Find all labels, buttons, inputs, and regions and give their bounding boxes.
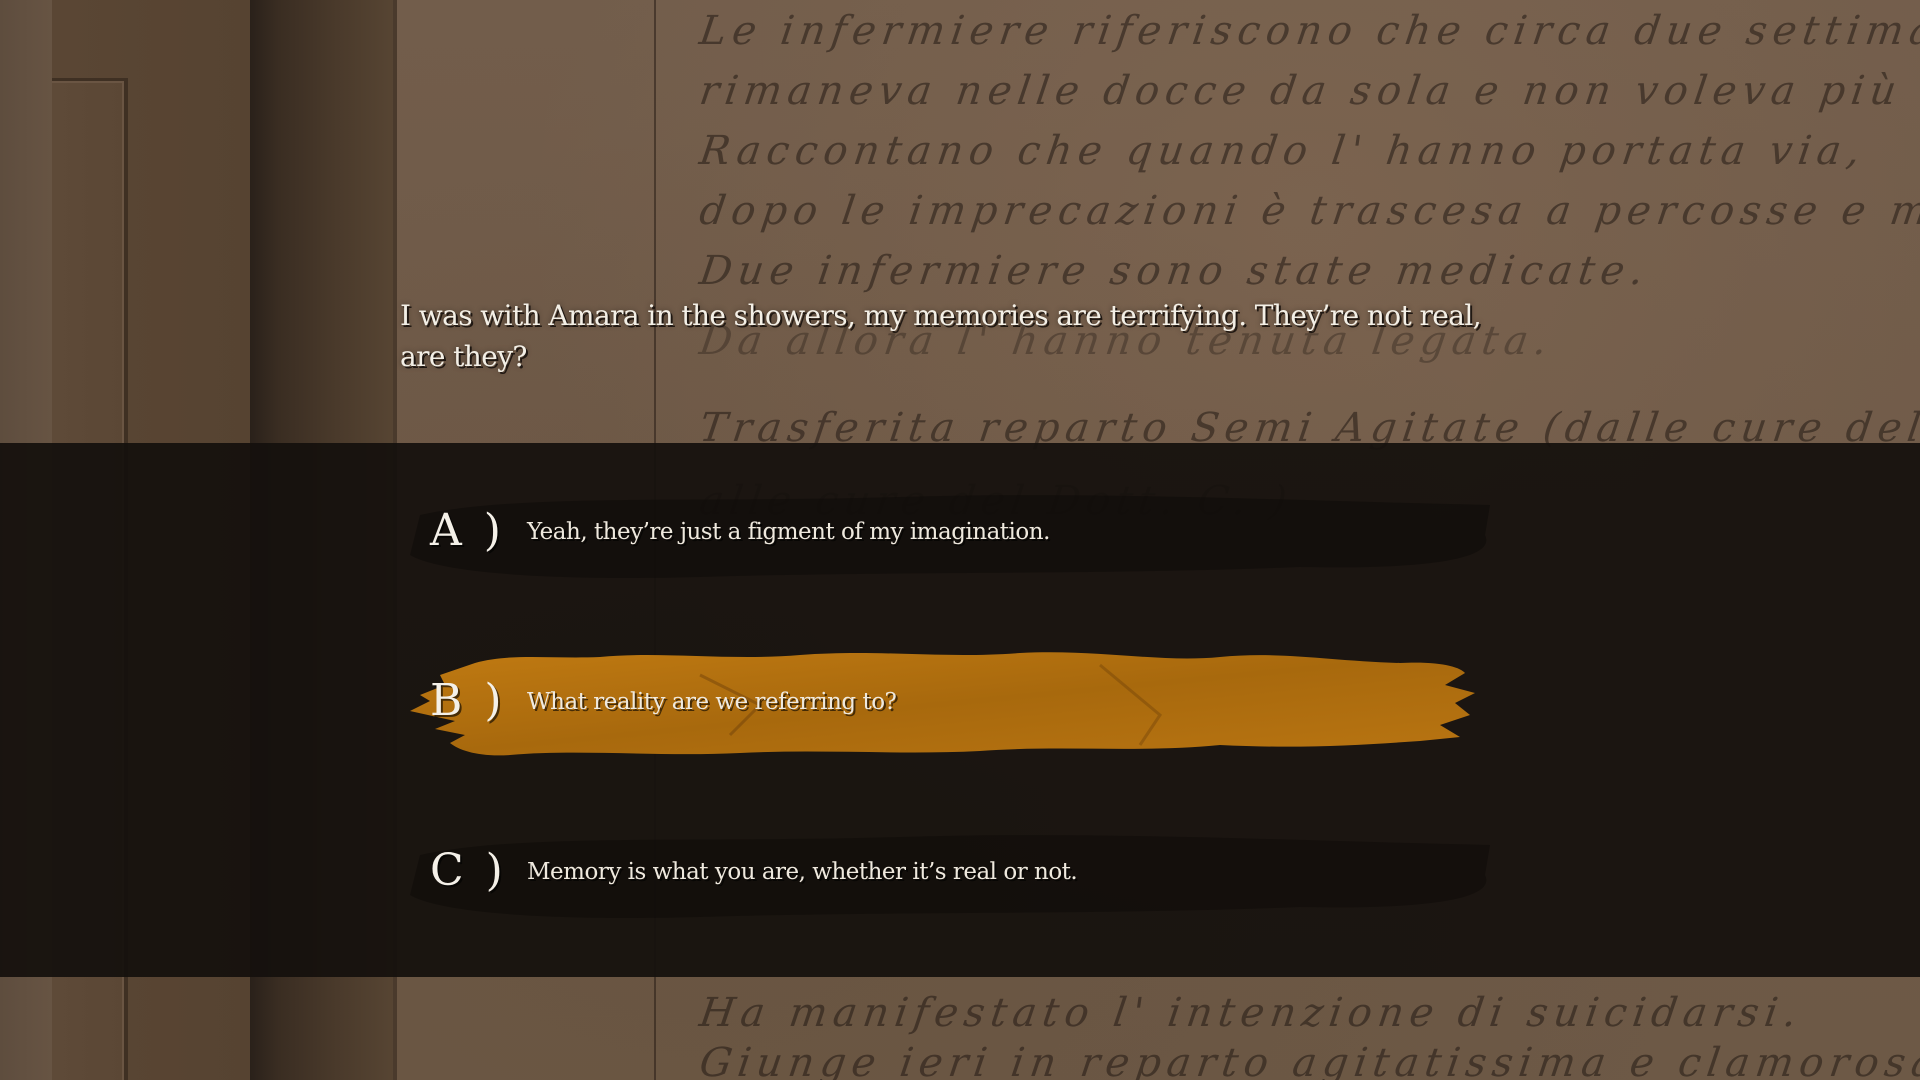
choice-b-button[interactable]: B ) What reality are we referring to? — [400, 645, 1520, 765]
handwriting-line: rimaneva nelle docce da sola e non volev… — [697, 68, 1920, 114]
choice-letter: A ) — [430, 505, 505, 556]
handwriting-line: Giunge ieri in reparto agitatissima e cl… — [697, 1040, 1920, 1080]
choice-letter: C ) — [430, 845, 507, 896]
handwriting-line: dopo le imprecazioni è trascesa a percos… — [697, 188, 1920, 234]
handwriting-line: Raccontano che quando l' hanno portata v… — [697, 128, 1869, 174]
dialogue-text: I was with Amara in the showers, my memo… — [400, 295, 1520, 377]
choice-text: Memory is what you are, whether it’s rea… — [527, 859, 1077, 885]
choice-text: What reality are we referring to? — [527, 689, 896, 715]
choice-letter: B ) — [430, 675, 506, 726]
choice-c-button[interactable]: C ) Memory is what you are, whether it’s… — [400, 815, 1520, 935]
handwriting-line: Due infermiere sono state medicate. — [697, 248, 1653, 294]
handwriting-line: Le infermiere riferiscono che circa due … — [697, 8, 1920, 54]
choice-a-button[interactable]: A ) Yeah, they’re just a figment of my i… — [400, 475, 1520, 595]
choice-text: Yeah, they’re just a figment of my imagi… — [527, 519, 1050, 545]
handwriting-line: Ha manifestato l' intenzione di suicidar… — [697, 990, 1806, 1036]
